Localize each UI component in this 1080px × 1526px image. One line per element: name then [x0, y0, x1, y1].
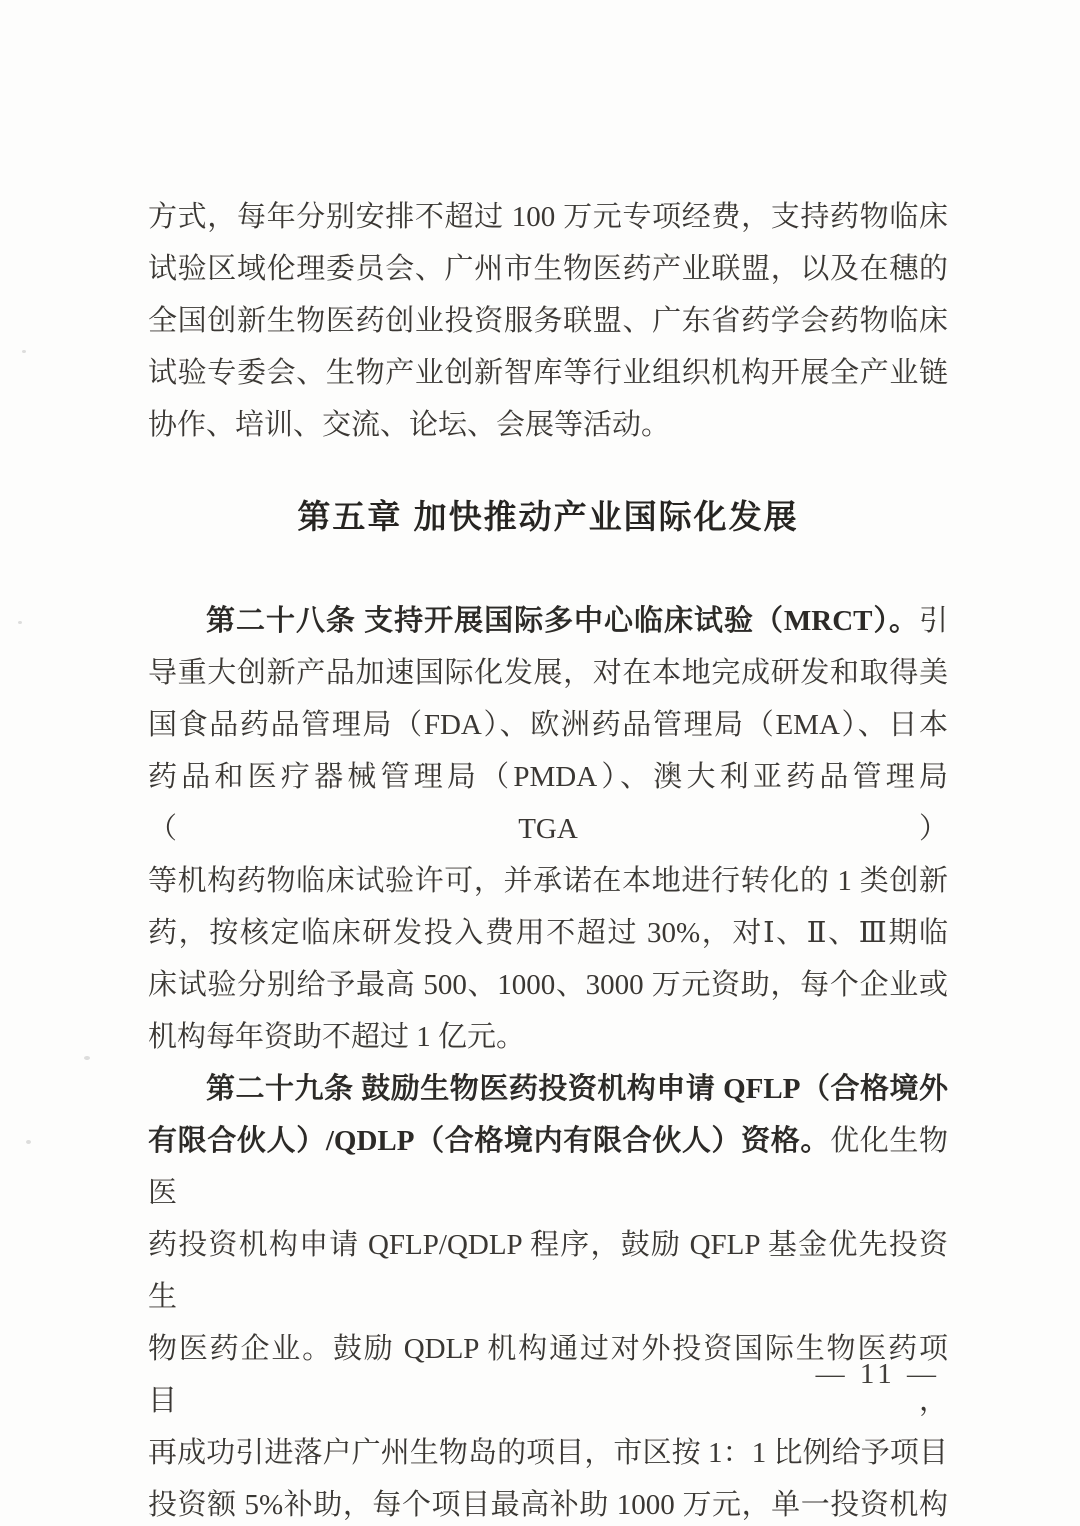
text-line: 导重大创新产品加速国际化发展，对在本地完成研发和取得美 [148, 647, 948, 699]
page-number: — 11 — [816, 1356, 940, 1392]
line-text: 药投资机构申请 QFLP/QDLP 程序，鼓励 QFLP 基金优先投资生 [148, 1229, 948, 1313]
text-line: 国食品药品管理局（FDA）、欧洲药品管理局（EMA）、日本 [148, 699, 948, 751]
text-line: 药投资机构申请 QFLP/QDLP 程序，鼓励 QFLP 基金优先投资生 [148, 1219, 948, 1323]
text-line: 药品和医疗器械管理局（PMDA）、澳大利亚药品管理局（TGA） [148, 751, 948, 855]
text-line: 投资额 5%补助，每个项目最高补助 1000 万元，单一投资机构 [148, 1479, 948, 1526]
scan-speck [26, 1140, 31, 1144]
chapter-heading: 第五章 加快推动产业国际化发展 [148, 491, 948, 543]
text-line: 再成功引进落户广州生物岛的项目，市区按 1：1 比例给予项目 [148, 1427, 948, 1479]
text-line: 试验专委会、生物产业创新智库等行业组织机构开展全产业链 [148, 347, 948, 399]
line-text: 协作、培训、交流、论坛、会展等活动。 [148, 409, 670, 441]
line-text: 药品和医疗器械管理局（PMDA）、澳大利亚药品管理局（TGA） [148, 761, 948, 845]
clause-lead-text: 第二十八条 支持开展国际多中心临床试验（MRCT）。 [206, 605, 919, 637]
line-text: 全国创新生物医药创业投资服务联盟、广东省药学会药物临床 [148, 305, 948, 337]
text-line: 等机构药物临床试验许可，并承诺在本地进行转化的 1 类创新 [148, 855, 948, 907]
text-line: 试验区域伦理委员会、广州市生物医药产业联盟，以及在穗的 [148, 243, 948, 295]
line-text: 国食品药品管理局（FDA）、欧洲药品管理局（EMA）、日本 [148, 709, 948, 741]
text-line: 协作、培训、交流、论坛、会展等活动。 [148, 399, 948, 451]
line-text: 引 [919, 605, 948, 637]
text-line: 药，按核定临床研发投入费用不超过 30%，对Ⅰ、Ⅱ、Ⅲ期临 [148, 907, 948, 959]
document-body: 方式，每年分别安排不超过 100 万元专项经费，支持药物临床试验区域伦理委员会、… [148, 191, 948, 1526]
page-number-text: — 11 — [816, 1358, 940, 1390]
text-line: 全国创新生物医药创业投资服务联盟、广东省药学会药物临床 [148, 295, 948, 347]
line-text: 等机构药物临床试验许可，并承诺在本地进行转化的 1 类创新 [148, 865, 948, 897]
line-text: 方式，每年分别安排不超过 100 万元专项经费，支持药物临床 [148, 201, 948, 233]
text-line: 有限合伙人）/QDLP（合格境内有限合伙人）资格。优化生物医 [148, 1115, 948, 1219]
clause-lead-text: 第二十九条 鼓励生物医药投资机构申请 QFLP（合格境外 [206, 1073, 948, 1105]
line-text: 机构每年资助不超过 1 亿元。 [148, 1021, 525, 1053]
text-line: 床试验分别给予最高 500、1000、3000 万元资助，每个企业或 [148, 959, 948, 1011]
scan-speck [22, 350, 26, 353]
scan-speck [18, 621, 22, 624]
text-line: 第二十八条 支持开展国际多中心临床试验（MRCT）。引 [148, 595, 948, 647]
document-page: 方式，每年分别安排不超过 100 万元专项经费，支持药物临床试验区域伦理委员会、… [0, 0, 1080, 1526]
text-line: 第二十九条 鼓励生物医药投资机构申请 QFLP（合格境外 [148, 1063, 948, 1115]
clause-lead-text: 有限合伙人）/QDLP（合格境内有限合伙人）资格。 [148, 1125, 830, 1157]
line-text: 试验区域伦理委员会、广州市生物医药产业联盟，以及在穗的 [148, 253, 948, 285]
text-line: 机构每年资助不超过 1 亿元。 [148, 1011, 948, 1063]
line-text: 导重大创新产品加速国际化发展，对在本地完成研发和取得美 [148, 657, 948, 689]
text-line: 方式，每年分别安排不超过 100 万元专项经费，支持药物临床 [148, 191, 948, 243]
line-text: 药，按核定临床研发投入费用不超过 30%，对Ⅰ、Ⅱ、Ⅲ期临 [148, 917, 948, 949]
scan-speck [84, 1056, 90, 1060]
line-text: 试验专委会、生物产业创新智库等行业组织机构开展全产业链 [148, 357, 948, 389]
line-text: 再成功引进落户广州生物岛的项目，市区按 1：1 比例给予项目 [148, 1437, 948, 1469]
line-text: 投资额 5%补助，每个项目最高补助 1000 万元，单一投资机构 [148, 1489, 948, 1521]
line-text: 床试验分别给予最高 500、1000、3000 万元资助，每个企业或 [148, 969, 948, 1001]
